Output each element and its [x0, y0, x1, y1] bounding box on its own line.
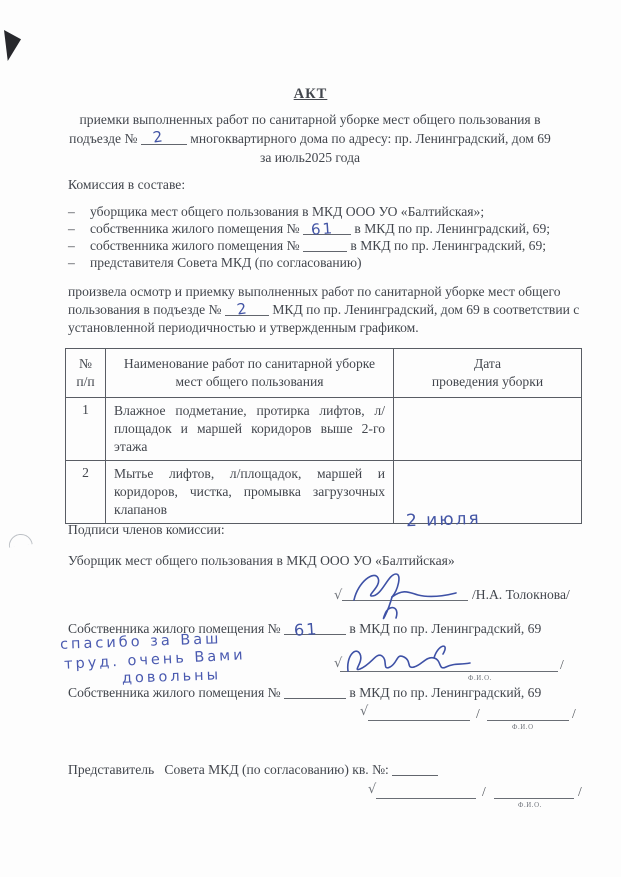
- signatures-heading: Подписи членов комиссии:: [68, 521, 225, 538]
- handwritten-member-apartment-no: 61: [310, 220, 334, 239]
- body-line2: пользования в подъезде № 2 МКД по пр. Ле…: [68, 301, 579, 318]
- owner2-after: в МКД по пр. Ленинградский, 69: [349, 685, 541, 700]
- entrance-number-blank-body: 2: [225, 302, 269, 316]
- table-header-row: № п/п Наименование работ по санитарной у…: [66, 349, 582, 398]
- works-table: № п/п Наименование работ по санитарной у…: [65, 348, 582, 524]
- document-title: АКТ: [0, 86, 621, 103]
- list-dash: –: [68, 254, 90, 271]
- member-apartment-blank: 61: [303, 221, 351, 235]
- table-row: 1 Влажное подметание, протирка лифтов, л…: [66, 398, 582, 461]
- row-number: 1: [66, 398, 106, 461]
- subtitle-line3: за июль2025 года: [260, 150, 360, 165]
- handwritten-entrance-number-body: 2: [236, 300, 248, 318]
- list-dash: –: [68, 203, 90, 220]
- scan-corner-artifact: [4, 30, 21, 61]
- member-text-before: собственника жилого помещения №: [90, 221, 300, 236]
- representative-signature-line: [376, 798, 476, 799]
- signature-slash: /: [578, 784, 582, 800]
- cleaner-name: /Н.А. Толокнова/: [472, 586, 570, 603]
- member-item-owner2: –собственника жилого помещения № в МКД п…: [68, 237, 546, 254]
- list-dash: –: [68, 237, 90, 254]
- handwritten-entrance-number-title: 2: [152, 127, 164, 147]
- owner2-name-line: [487, 720, 569, 721]
- fio-label: Ф.И.О.: [468, 675, 492, 682]
- fio-label: Ф.И.О: [512, 724, 534, 731]
- member-item-representative: –представителя Совета МКД (по согласован…: [68, 254, 362, 271]
- col-header-date: Дата проведения уборки: [394, 349, 582, 398]
- representative-text: Представитель Совета МКД (по согласовани…: [68, 762, 389, 777]
- body-line2-before: пользования в подъезде №: [68, 302, 222, 317]
- subtitle-line1: приемки выполненных работ по санитарной …: [80, 112, 541, 127]
- member-apartment-blank-empty: [303, 238, 347, 252]
- member-text: представителя Совета МКД (по согласовани…: [90, 255, 362, 270]
- signature-check-mark: √: [360, 704, 368, 719]
- body-line2-after: МКД по пр. Ленинградский, дом 69 в соотв…: [272, 302, 579, 317]
- member-text-before: собственника жилого помещения №: [90, 238, 300, 253]
- body-line1: произвела осмотр и приемку выполненных р…: [68, 283, 561, 300]
- subtitle-line2-after: многоквартирного дома по адресу: пр. Лен…: [190, 131, 551, 146]
- representative-apartment-blank: [392, 762, 438, 776]
- member-item-cleaner: –уборщика мест общего пользования в МКД …: [68, 203, 484, 220]
- representative-line: Представитель Совета МКД (по согласовани…: [68, 761, 438, 778]
- owner2-apartment-blank: [284, 685, 346, 699]
- owner1-apartment-blank: 61: [284, 621, 346, 635]
- handwritten-owner1-apartment-no: 61: [293, 620, 318, 639]
- member-text-after: в МКД по пр. Ленинградский, 69;: [350, 238, 546, 253]
- member-text-after: в МКД по пр. Ленинградский, 69;: [354, 221, 550, 236]
- signature-slash: /: [482, 784, 486, 800]
- col-header-number: № п/п: [66, 349, 106, 398]
- row-work-description: Влажное подметание, протирка лифтов, л/п…: [106, 398, 394, 461]
- member-item-owner1: –собственника жилого помещения № 61 в МК…: [68, 220, 550, 237]
- table-row: 2 Мытье лифтов, л/площадок, маршей и кор…: [66, 461, 582, 524]
- owner2-before: Собственника жилого помещения №: [68, 685, 281, 700]
- body-line3: установленной периодичностью и утвержден…: [68, 319, 419, 336]
- representative-name-line: [494, 798, 574, 799]
- owner2-line: Собственника жилого помещения № в МКД по…: [68, 684, 541, 701]
- row-number: 2: [66, 461, 106, 524]
- owner1-after: в МКД по пр. Ленинградский, 69: [349, 621, 541, 636]
- document-subtitle: приемки выполненных работ по санитарной …: [30, 110, 590, 167]
- fio-label: Ф.И.О.: [518, 802, 542, 809]
- scan-pen-arc-artifact: [7, 532, 32, 547]
- handwritten-cleaning-date: 2 июля: [406, 509, 481, 532]
- list-dash: –: [68, 220, 90, 237]
- row-date-cell: [394, 398, 582, 461]
- scanned-act-document: АКТ приемки выполненных работ по санитар…: [0, 0, 621, 877]
- entrance-number-blank: 2: [141, 131, 187, 145]
- owner2-signature-line: [368, 720, 470, 721]
- subtitle-line2-before: подъезде №: [69, 131, 137, 146]
- row-date-cell: 2 июля: [394, 461, 582, 524]
- row-work-description: Мытье лифтов, л/площадок, маршей и корид…: [106, 461, 394, 524]
- member-text: уборщика мест общего пользования в МКД О…: [90, 204, 484, 219]
- signature-check-mark: √: [368, 782, 376, 797]
- col-header-work: Наименование работ по санитарной уборке …: [106, 349, 394, 398]
- signature-slash: /: [476, 706, 480, 722]
- signature-slash: /: [572, 706, 576, 722]
- signature-slash: /: [560, 657, 564, 673]
- commission-heading: Комиссия в составе:: [68, 176, 185, 193]
